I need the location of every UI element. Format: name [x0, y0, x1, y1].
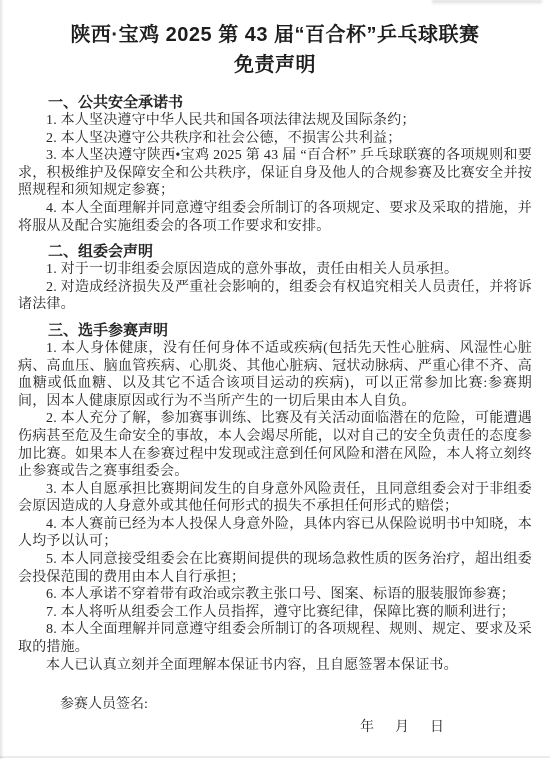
title-line-2: 免责声明	[18, 50, 532, 80]
paragraph: 2. 对造成经济损失及严重社会影响的，组委会有权追究相关人员责任，并将诉诸法律。	[18, 279, 532, 314]
date-year-label: 年	[360, 719, 374, 737]
scan-edge-shadow	[0, 0, 4, 759]
paragraph: 1. 对于一切非组委会原因造成的意外事故，责任由相关人员承担。	[18, 261, 532, 279]
date-month-label: 月	[395, 719, 409, 737]
section-public-safety-pledge: 一、公共安全承诺书 1. 本人坚决遵守中华人民共和国各项法律法规及国际条约； 2…	[18, 94, 532, 235]
section-heading: 一、公共安全承诺书	[18, 94, 532, 112]
section-heading: 三、选手参赛声明	[18, 322, 532, 340]
paragraph: 3. 本人坚决遵守陕西•宝鸡 2025 第 43 届 “百合杯” 乒乓球联赛的各…	[18, 147, 532, 200]
date-day-label: 日	[430, 719, 444, 737]
paragraph: 4. 本人赛前已经为本人投保人身意外险，具体内容已从保险说明书中知晓，本人均予以…	[18, 516, 532, 551]
scan-bottom-line	[0, 756, 550, 758]
date-row: 年 月 日	[18, 719, 532, 737]
section-committee-statement: 二、组委会声明 1. 对于一切非组委会原因造成的意外事故，责任由相关人员承担。 …	[18, 243, 532, 314]
closing-statement: 本人已认真立刻并全面理解本保证书内容，且自愿签署本保证书。	[18, 657, 532, 675]
paragraph: 4. 本人全面理解并同意遵守组委会所制订的各项规定、要求及采取的措施，并将服从及…	[18, 200, 532, 235]
paragraph: 1. 本人身体健康，没有任何身体不适或疾病(包括先天性心脏病、风湿性心脏病、高血…	[18, 340, 532, 410]
paragraph: 2. 本人充分了解，参加赛事训练、比赛及有关活动面临潜在的危险，可能遭遇伤病甚至…	[18, 410, 532, 480]
section-heading: 二、组委会声明	[18, 243, 532, 261]
paragraph: 2. 本人坚决遵守公共秩序和社会公德，不损害公共利益；	[18, 130, 532, 148]
paragraph: 6. 本人承诺不穿着带有政治或宗教主张口号、图案、标语的服装服饰参赛；	[18, 586, 532, 604]
paragraph: 7. 本人将听从组委会工作人员指挥，遵守比赛纪律，保障比赛的顺利进行；	[18, 604, 532, 622]
paragraph: 1. 本人坚决遵守中华人民共和国各项法律法规及国际条约；	[18, 112, 532, 130]
paragraph: 5. 本人同意接受组委会在比赛期间提供的现场急救性质的医务治疗，超出组委会投保范…	[18, 551, 532, 586]
title-line-1: 陕西·宝鸡 2025 第 43 届“百合杯”乒乓球联赛	[18, 20, 532, 50]
signature-row: 参赛人员签名:	[18, 696, 532, 714]
paragraph: 8. 本人全面理解并同意遵守组委会所制订的各项规程、规则、规定、要求及采取的措施…	[18, 621, 532, 656]
paragraph: 3. 本人自愿承担比赛期间发生的自身意外风险责任，且同意组委会对于非组委会原因造…	[18, 481, 532, 516]
waiver-document-page: 陕西·宝鸡 2025 第 43 届“百合杯”乒乓球联赛 免责声明 一、公共安全承…	[0, 0, 550, 759]
document-title: 陕西·宝鸡 2025 第 43 届“百合杯”乒乓球联赛 免责声明	[18, 20, 532, 80]
section-player-statement: 三、选手参赛声明 1. 本人身体健康，没有任何身体不适或疾病(包括先天性心脏病、…	[18, 322, 532, 657]
scan-smudge	[432, 0, 542, 5]
signature-label: 参赛人员签名:	[60, 697, 148, 712]
